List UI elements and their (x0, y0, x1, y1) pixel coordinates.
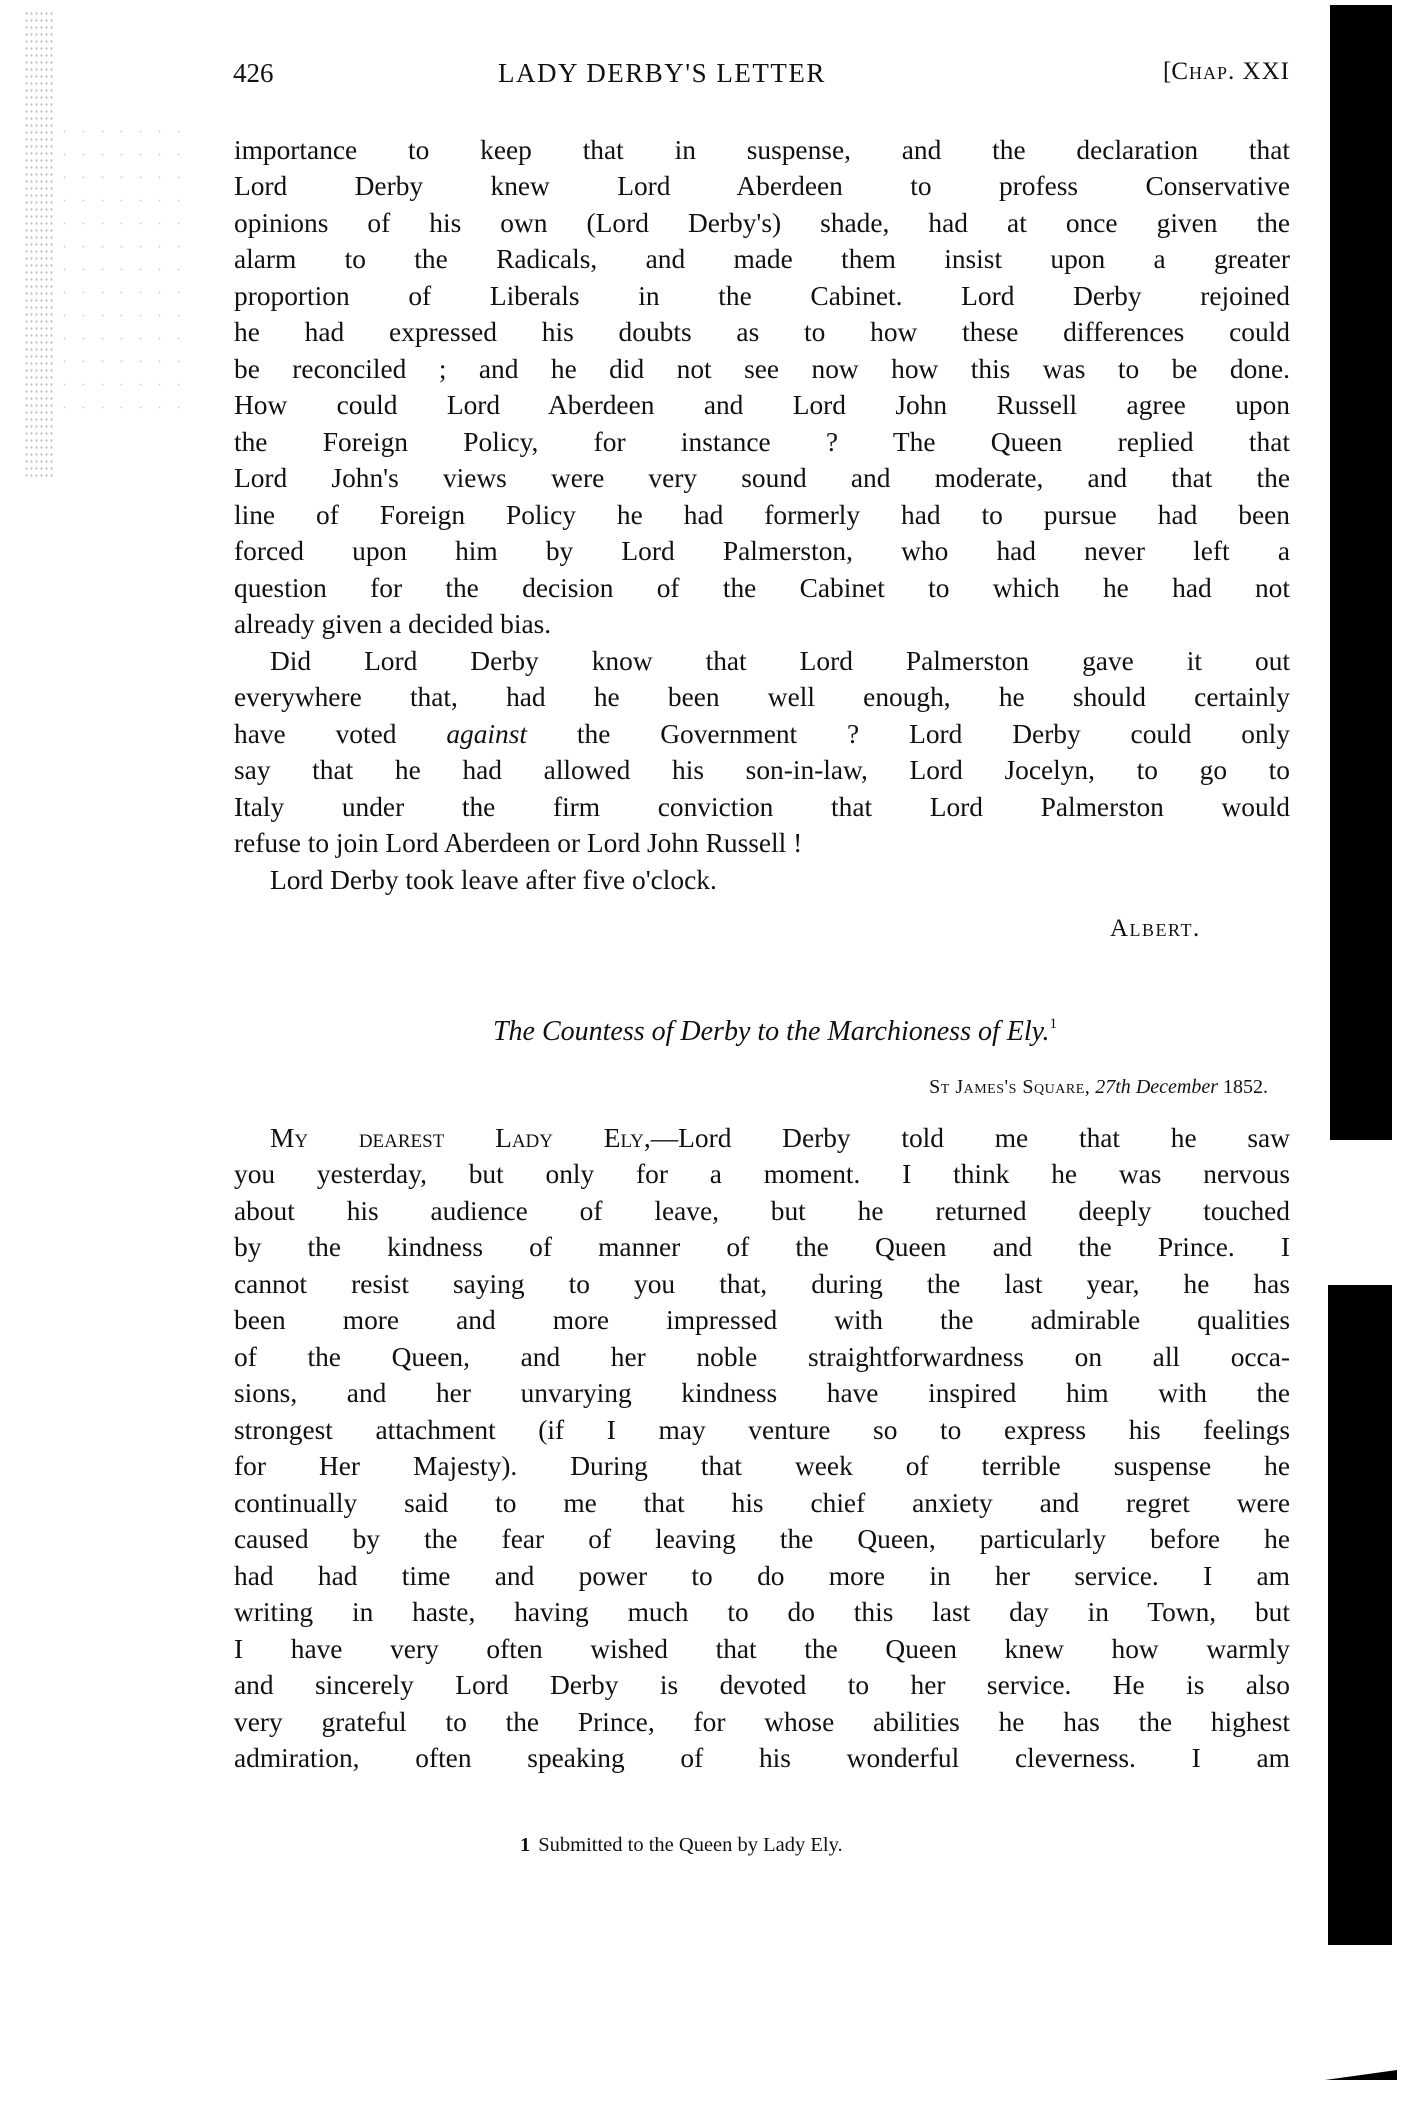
text-line: sions, and her unvarying kindness have i… (234, 1375, 1290, 1411)
text-line: have voted against the Government ? Lord… (234, 716, 1290, 752)
running-title: LADY DERBY'S LETTER (498, 58, 826, 89)
text-line: I have very often wished that the Queen … (234, 1631, 1290, 1667)
dateline-month: December (1136, 1076, 1218, 1098)
text-line: caused by the fear of leaving the Queen,… (234, 1521, 1290, 1557)
book-page: 426 LADY DERBY'S LETTER [Chap. XXI impor… (0, 0, 1404, 2106)
text-line: question for the decision of the Cabinet… (234, 570, 1290, 606)
text-line: and sincerely Lord Derby is devoted to h… (234, 1667, 1290, 1703)
text-line: importance to keep that in suspense, and… (234, 132, 1290, 168)
text-line: by the kindness of manner of the Queen a… (234, 1229, 1290, 1265)
text-line: continually said to me that his chief an… (234, 1485, 1290, 1521)
text-line: for Her Majesty). During that week of te… (234, 1448, 1290, 1484)
text-line: proportion of Liberals in the Cabinet. L… (234, 278, 1290, 314)
signature-albert: Albert. (1110, 915, 1201, 943)
dateline-place: St James's Square, (929, 1076, 1090, 1098)
footnote: 1Submitted to the Queen by Lady Ely. (520, 1834, 843, 1857)
text-line: cannot resist saying to you that, during… (234, 1266, 1290, 1302)
scan-speckle-left-2 (55, 120, 185, 420)
chapter-text: Chap. XXI (1171, 58, 1290, 85)
text-line: say that he had allowed his son-in-law, … (234, 752, 1290, 788)
letter-title-text: The Countess of Derby to the Marchioness… (493, 1016, 1050, 1047)
text-line: admiration, often speaking of his wonder… (234, 1740, 1290, 1776)
letter-title: The Countess of Derby to the Marchioness… (330, 1016, 1220, 1048)
text-line: you yesterday, but only for a moment. I … (234, 1156, 1290, 1192)
text-span: the Government ? Lord Derby could only (527, 719, 1290, 749)
scan-speckle-left (24, 10, 54, 480)
page-number: 426 (233, 58, 274, 89)
text-line: writing in haste, having much to do this… (234, 1594, 1290, 1630)
text-span: have voted (234, 719, 446, 749)
text-line: be reconciled ; and he did not see now h… (234, 351, 1290, 387)
text-line: everywhere that, had he been well enough… (234, 679, 1290, 715)
text-line: been more and more impressed with the ad… (234, 1302, 1290, 1338)
text-line: line of Foreign Policy he had formerly h… (234, 497, 1290, 533)
emphasis-against: against (446, 719, 527, 749)
text-line: strongest attachment (if I may venture s… (234, 1412, 1290, 1448)
text-line: Did Lord Derby know that Lord Palmerston… (270, 643, 1290, 679)
text-line: forced upon him by Lord Palmerston, who … (234, 533, 1290, 569)
memo-paragraph-3: Lord Derby took leave after five o'clock… (270, 862, 1290, 898)
text-line: How could Lord Aberdeen and Lord John Ru… (234, 387, 1290, 423)
text-line: Italy under the firm conviction that Lor… (234, 789, 1290, 825)
letter-dateline: St James's Square, 27th December 1852. (752, 1076, 1268, 1099)
text-line: about his audience of leave, but he retu… (234, 1193, 1290, 1229)
text-line: already given a decided bias. (234, 606, 1290, 642)
text-line: Lord John's views were very sound and mo… (234, 460, 1290, 496)
text-line: refuse to join Lord Aberdeen or Lord Joh… (234, 825, 1290, 861)
text-line: My dearest Lady Ely,—Lord Derby told me … (270, 1120, 1290, 1156)
scan-edge-shadow-upper (1330, 5, 1392, 1140)
scan-edge-wedge (1325, 2070, 1397, 2080)
text-line: he had expressed his doubts as to how th… (234, 314, 1290, 350)
text-line: opinions of his own (Lord Derby's) shade… (234, 205, 1290, 241)
footnote-reference: 1 (1050, 1016, 1058, 1032)
dateline-day: 27th (1095, 1076, 1131, 1098)
chapter-label: [Chap. XXI (1163, 58, 1290, 86)
text-line: very grateful to the Prince, for whose a… (234, 1704, 1290, 1740)
footnote-text: Submitted to the Queen by Lady Ely. (538, 1834, 842, 1856)
scan-edge-shadow-lower (1328, 1285, 1392, 1945)
salutation: My dearest Lady Ely, (270, 1123, 651, 1153)
running-head: 426 LADY DERBY'S LETTER [Chap. XXI (233, 58, 1290, 94)
text-line: of the Queen, and her noble straightforw… (234, 1339, 1290, 1375)
text-line: had had time and power to do more in her… (234, 1558, 1290, 1594)
text-line: the Foreign Policy, for instance ? The Q… (234, 424, 1290, 460)
text-line: Lord Derby knew Lord Aberdeen to profess… (234, 168, 1290, 204)
dateline-year: 1852. (1223, 1076, 1268, 1098)
footnote-number: 1 (520, 1834, 530, 1856)
text-line: alarm to the Radicals, and made them ins… (234, 241, 1290, 277)
text-span: —Lord Derby told me that he saw (651, 1123, 1290, 1153)
